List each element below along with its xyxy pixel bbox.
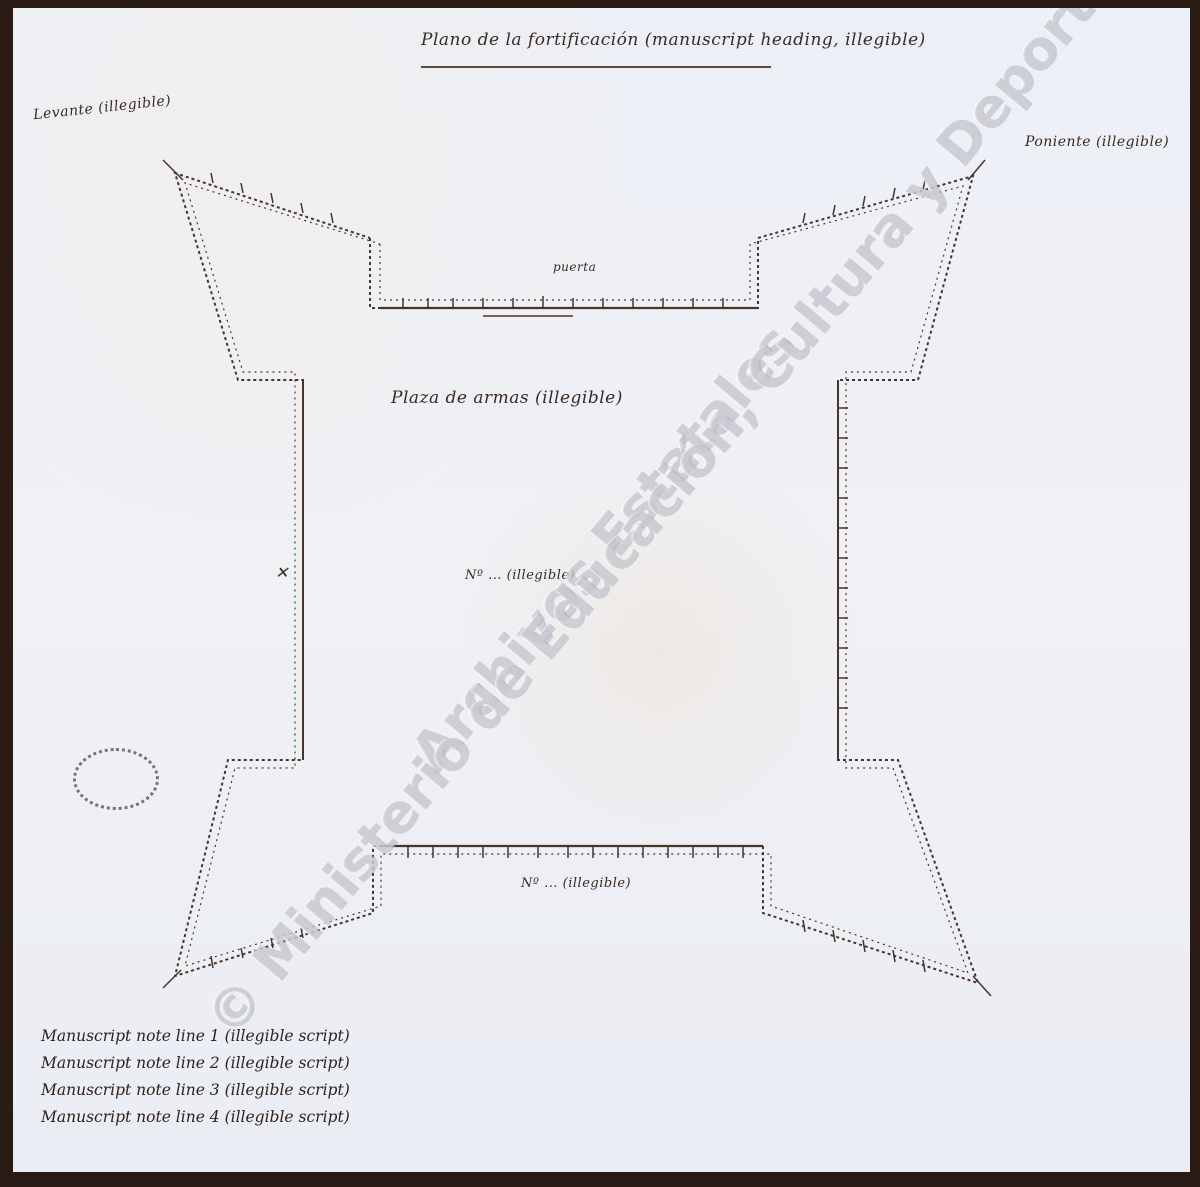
notes-line-3: Manuscript note line 3 (illegible script… xyxy=(41,1077,1181,1104)
notes-line-4: Manuscript note line 4 (illegible script… xyxy=(41,1104,1181,1131)
bottom-curtain-label: Nº ... (illegible) xyxy=(521,876,631,891)
document-frame: Plano de la fortificación (manuscript he… xyxy=(0,0,1200,1187)
notes-line-2: Manuscript note line 2 (illegible script… xyxy=(41,1050,1181,1077)
manuscript-sheet: Plano de la fortificación (manuscript he… xyxy=(13,8,1190,1172)
notes-line-1: Manuscript note line 1 (illegible script… xyxy=(41,1023,1181,1050)
side-mark-left: ✕ xyxy=(275,563,289,582)
manuscript-notes: Manuscript note line 1 (illegible script… xyxy=(41,1023,1181,1131)
ink-seal-stamp xyxy=(73,748,159,810)
top-curtain-label: puerta xyxy=(553,260,596,274)
parade-ground-label: Plaza de armas (illegible) xyxy=(391,388,623,408)
